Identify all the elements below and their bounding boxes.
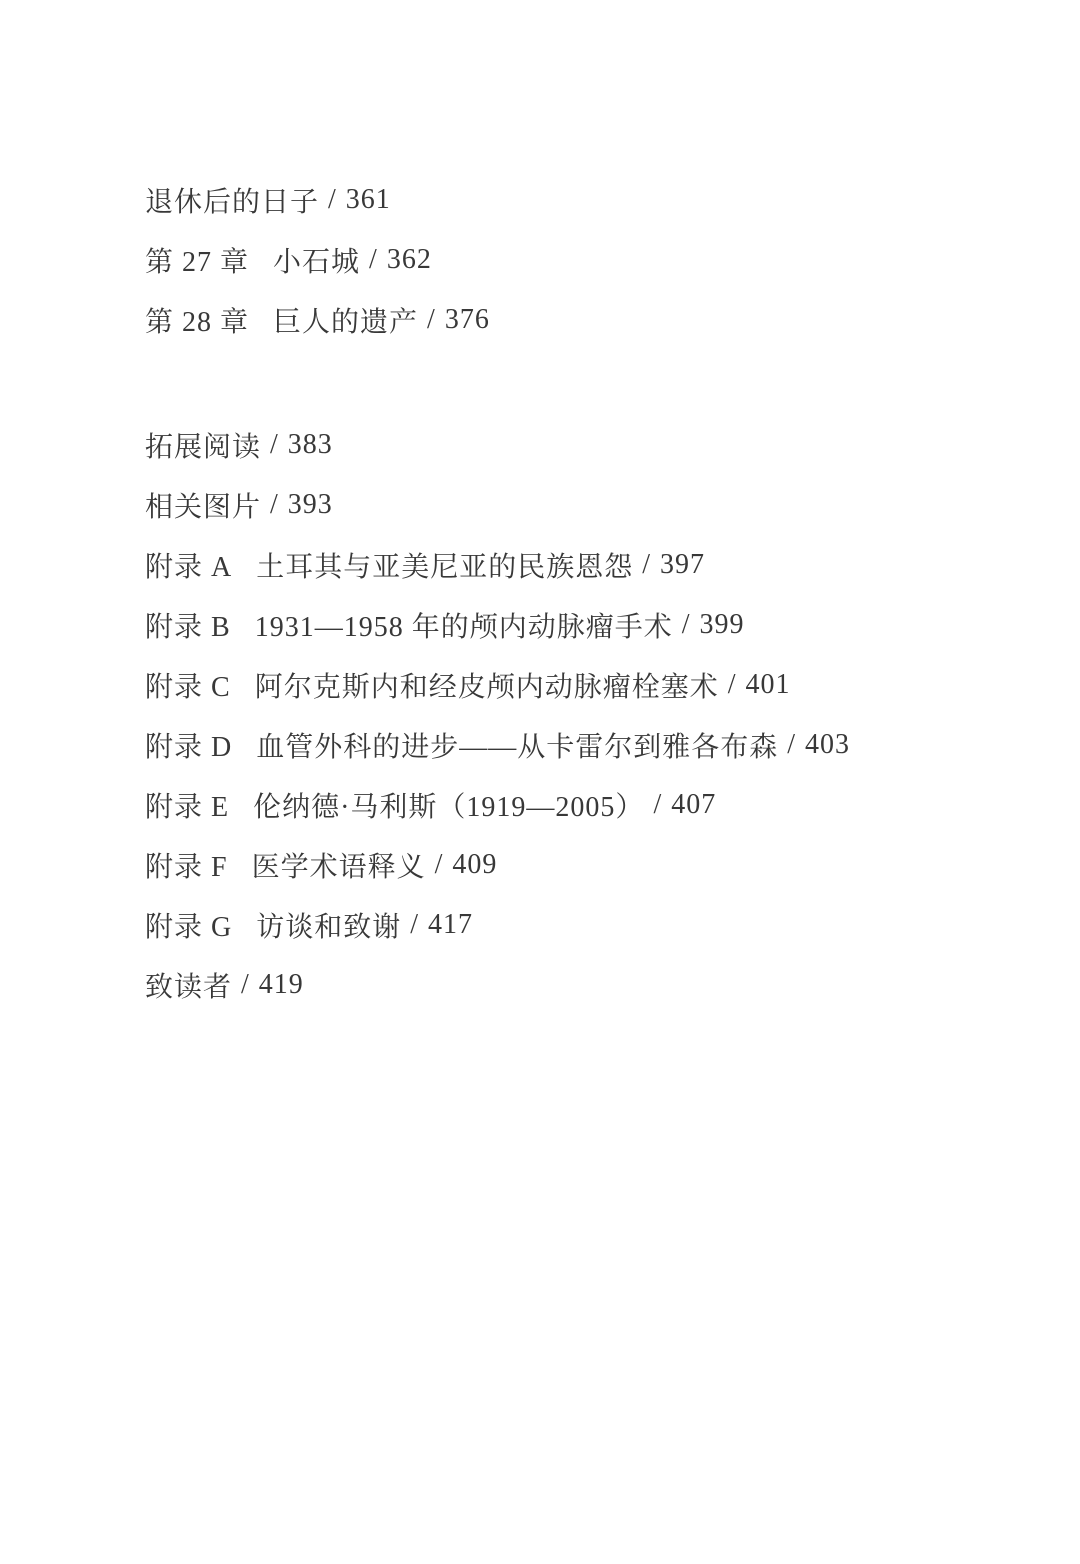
toc-entry-page: 376 (445, 304, 490, 336)
toc-entry-prefix: 附录 B (145, 605, 231, 645)
toc-entry-title: 伦纳德·马利斯（1919—2005） (253, 785, 644, 825)
toc-entry-page: 401 (745, 669, 790, 701)
toc-entry-page: 397 (660, 549, 705, 581)
toc-entry-page: 383 (288, 429, 333, 461)
toc-entry-title: 阿尔克斯内和经皮颅内动脉瘤栓塞术 (255, 665, 719, 705)
toc-entry-prefix: 附录 D (145, 725, 232, 765)
table-of-contents: 退休后的日子 / 361 第 27 章 小石城 / 362 第 28 章 巨人的… (0, 0, 1080, 1015)
toc-separator: / (642, 549, 651, 581)
toc-entry: 附录 A 土耳其与亚美尼亚的民族恩怨 / 397 (145, 535, 1020, 595)
toc-separator: / (728, 669, 737, 701)
toc-entry-page: 362 (387, 244, 432, 276)
toc-entry: 拓展阅读 / 383 (145, 415, 1020, 475)
toc-entry: 附录 F 医学术语释义 / 409 (145, 835, 1020, 895)
toc-entry-page: 417 (428, 909, 473, 941)
toc-entry: 附录 C 阿尔克斯内和经皮颅内动脉瘤栓塞术 / 401 (145, 655, 1020, 715)
toc-entry-title: 拓展阅读 (145, 425, 261, 465)
toc-separator: / (653, 789, 662, 821)
toc-entry-prefix: 附录 E (145, 785, 229, 825)
toc-entry-page: 361 (346, 184, 391, 216)
toc-entry-page: 409 (452, 849, 497, 881)
toc-entry-title: 土耳其与亚美尼亚的民族恩怨 (256, 545, 633, 585)
toc-entry-prefix: 附录 C (145, 665, 231, 705)
toc-entry-prefix: 附录 A (145, 545, 232, 585)
toc-entry-page: 419 (259, 969, 304, 1001)
toc-separator: / (427, 304, 436, 336)
book-page: 退休后的日子 / 361 第 27 章 小石城 / 362 第 28 章 巨人的… (0, 0, 1080, 1564)
toc-entry: 第 27 章 小石城 / 362 (145, 230, 1020, 290)
toc-entry: 退休后的日子 / 361 (145, 170, 1020, 230)
toc-entry-prefix: 附录 G (145, 905, 232, 945)
toc-entry-prefix: 附录 F (145, 845, 228, 885)
toc-section: 拓展阅读 / 383 相关图片 / 393 附录 A 土耳其与亚美尼亚的民族恩怨… (145, 415, 1020, 1015)
toc-entry-title: 致读者 (145, 965, 232, 1005)
toc-entry: 附录 D 血管外科的进步——从卡雷尔到雅各布森 / 403 (145, 715, 1020, 775)
toc-entry-title: 1931—1958 年的颅内动脉瘤手术 (255, 605, 673, 645)
toc-entry-title: 医学术语释义 (252, 845, 426, 885)
toc-entry-prefix: 第 27 章 (145, 240, 249, 280)
toc-entry-page: 399 (699, 609, 744, 641)
toc-separator: / (787, 729, 796, 761)
toc-entry-title: 相关图片 (145, 485, 261, 525)
toc-entry-title: 巨人的遗产 (273, 300, 418, 340)
toc-entry-page: 407 (671, 789, 716, 821)
toc-separator: / (241, 969, 250, 1001)
toc-entry-prefix: 第 28 章 (145, 300, 249, 340)
toc-entry-title: 小石城 (273, 240, 360, 280)
toc-entry-title: 退休后的日子 (145, 180, 319, 220)
toc-entry: 附录 E 伦纳德·马利斯（1919—2005） / 407 (145, 775, 1020, 835)
toc-entry: 致读者 / 419 (145, 955, 1020, 1015)
toc-entry: 相关图片 / 393 (145, 475, 1020, 535)
toc-separator: / (410, 909, 419, 941)
toc-separator: / (682, 609, 691, 641)
toc-section: 退休后的日子 / 361 第 27 章 小石城 / 362 第 28 章 巨人的… (145, 170, 1020, 350)
toc-entry: 附录 G 访谈和致谢 / 417 (145, 895, 1020, 955)
toc-separator: / (270, 489, 279, 521)
toc-entry-page: 393 (288, 489, 333, 521)
toc-separator: / (369, 244, 378, 276)
section-gap (145, 350, 1020, 415)
toc-entry-title: 血管外科的进步——从卡雷尔到雅各布森 (256, 725, 778, 765)
toc-entry: 附录 B 1931—1958 年的颅内动脉瘤手术 / 399 (145, 595, 1020, 655)
toc-entry-page: 403 (805, 729, 850, 761)
toc-separator: / (435, 849, 444, 881)
toc-separator: / (270, 429, 279, 461)
toc-entry-title: 访谈和致谢 (256, 905, 401, 945)
toc-separator: / (328, 184, 337, 216)
toc-entry: 第 28 章 巨人的遗产 / 376 (145, 290, 1020, 350)
